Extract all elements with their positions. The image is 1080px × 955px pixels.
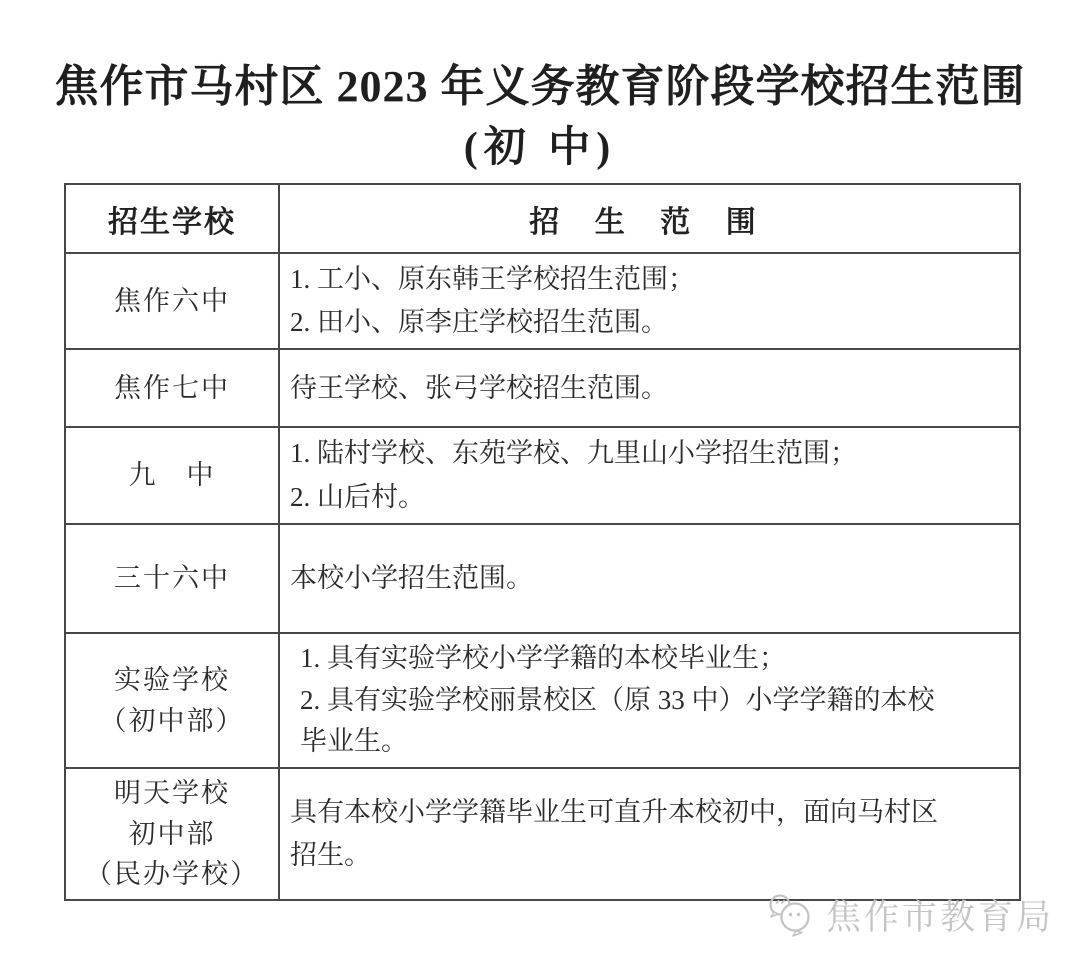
range-cell: 具有本校小学学籍毕业生可直升本校初中，面向马村区 招生。	[279, 768, 1020, 900]
watermark: 焦作市教育局	[766, 890, 1054, 940]
range-cell: 本校小学招生范围。	[279, 524, 1020, 633]
enrollment-zone-table: 招生学校 招 生 范 围 焦作六中 1. 工小、原东韩王学校招生范围； 2. 田…	[64, 183, 1021, 901]
table-row: 三十六中 本校小学招生范围。	[65, 524, 1020, 633]
table-row: 九 中 1. 陆村学校、东苑学校、九里山小学招生范围； 2. 山后村。	[65, 427, 1020, 523]
table-header-row: 招生学校 招 生 范 围	[65, 184, 1020, 253]
range-cell: 1. 具有实验学校小学学籍的本校毕业生； 2. 具有实验学校丽景校区（原 33 …	[279, 633, 1020, 769]
school-cell: 明天学校 初中部 （民办学校）	[65, 768, 279, 900]
table-row: 焦作七中 待王学校、张弓学校招生范围。	[65, 349, 1020, 427]
table-row: 实验学校 （初中部） 1. 具有实验学校小学学籍的本校毕业生； 2. 具有实验学…	[65, 633, 1020, 769]
school-cell: 实验学校 （初中部）	[65, 633, 279, 769]
range-cell: 待王学校、张弓学校招生范围。	[279, 349, 1020, 427]
table-row: 明天学校 初中部 （民办学校） 具有本校小学学籍毕业生可直升本校初中，面向马村区…	[65, 768, 1020, 900]
range-cell: 1. 工小、原东韩王学校招生范围； 2. 田小、原李庄学校招生范围。	[279, 253, 1020, 349]
table-row: 焦作六中 1. 工小、原东韩王学校招生范围； 2. 田小、原李庄学校招生范围。	[65, 253, 1020, 349]
chat-bubbles-face-icon	[766, 892, 818, 938]
school-cell: 焦作六中	[65, 253, 279, 349]
school-cell: 三十六中	[65, 524, 279, 633]
school-cell: 九 中	[65, 427, 279, 523]
page-title: 焦作市马村区 2023 年义务教育阶段学校招生范围	[0, 50, 1080, 114]
school-cell: 焦作七中	[65, 349, 279, 427]
page-subtitle: (初 中)	[0, 114, 1080, 174]
range-cell: 1. 陆村学校、东苑学校、九里山小学招生范围； 2. 山后村。	[279, 427, 1020, 523]
header-range-column: 招 生 范 围	[279, 184, 1020, 253]
header-school-column: 招生学校	[65, 184, 279, 253]
watermark-label: 焦作市教育局	[826, 890, 1054, 940]
